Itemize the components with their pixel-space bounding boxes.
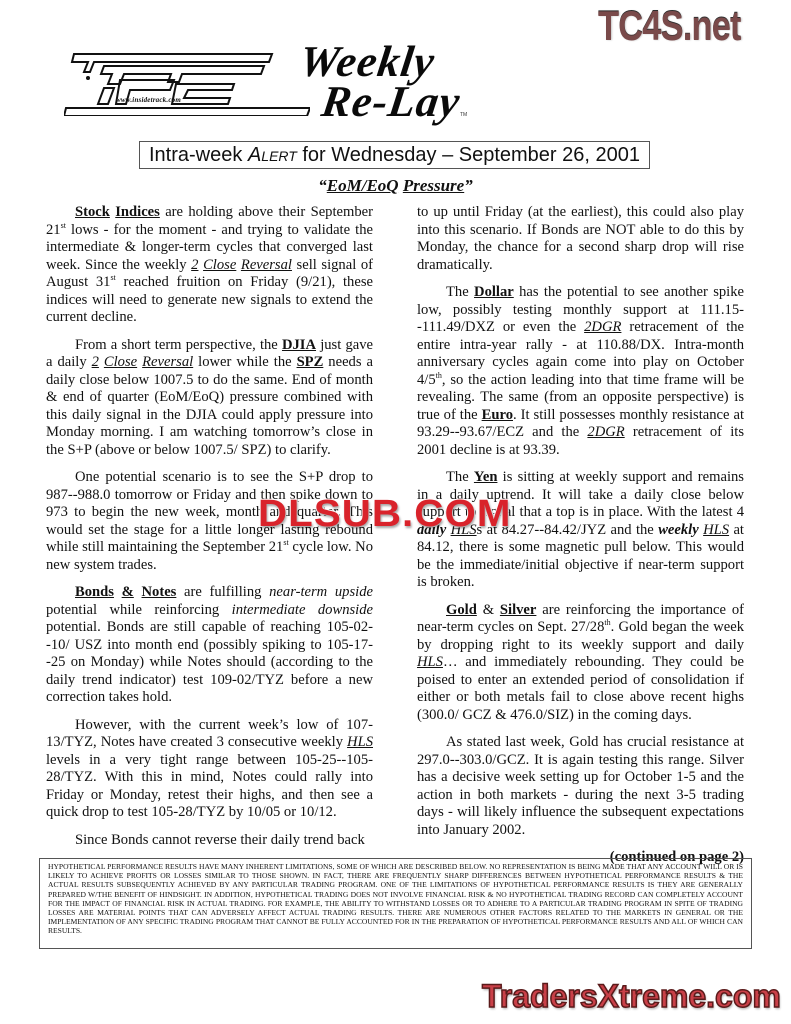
logo-url-text: www.insidetrack.com [116,96,181,104]
term-close: Close [203,257,236,273]
text: are fulfilling [176,584,269,600]
keyword-spz: SPZ [297,354,324,370]
watermark-tc4s: TC4S.net [598,2,741,48]
subtitle-part1: EoM/EoQ [327,176,399,195]
paragraph-gold-silver: Gold & Silver are reinforcing the import… [417,602,744,725]
page-title: Intra-week Alert for Wednesday – Septemb… [139,141,650,169]
paragraph-stock-indices: Stock Indices are holding above their Se… [46,204,373,327]
keyword-dollar: Dollar [474,284,514,300]
term-2: 2 [191,257,198,273]
term-reversal: Reversal [241,257,292,273]
paragraph-bonds-continued: to up until Friday (at the earliest), th… [417,204,744,274]
keyword-indices: Indices [115,204,160,220]
term-close: Close [104,354,137,370]
text: However, with the current week’s low of … [46,717,373,751]
brand-weekly: Weekly [297,42,437,82]
keyword-bonds: Bonds [75,584,114,600]
watermark-dlsub: DLSUB.COM [258,493,511,535]
text: From a short term perspective, the [75,337,282,353]
insidetrack-logo: www.insidetrack.com [64,46,310,116]
keyword-silver: Silver [500,602,536,618]
subtitle-close-quote: ” [464,176,473,195]
page-subtitle: “EoM/EoQ Pressure” [0,176,791,196]
disclaimer-box: HYPOTHETICAL PERFORMANCE RESULTS HAVE MA… [39,858,752,949]
text: potential. Bonds are still capable of re… [46,619,373,705]
keyword-notes: Notes [142,584,177,600]
paragraph-bonds-notes: Bonds & Notes are fulfilling near-term u… [46,584,373,707]
keyword-amp: & [122,584,134,600]
text: potential while reinforcing [46,602,232,618]
term-reversal: Reversal [142,354,193,370]
watermark-tradersxtreme: TradersXtreme.com [482,978,781,1014]
text: & [477,602,500,618]
text: lower while the [193,354,296,370]
keyword-djia: DJIA [282,337,316,353]
term-hls: HLS [703,522,729,538]
text: to up until Friday (at the earliest), th… [417,204,744,273]
term-hls: HLS [347,734,373,750]
paragraph-notes-hls: However, with the current week’s low of … [46,717,373,822]
subtitle-open-quote: “ [318,176,327,195]
title-alert: Alert [248,144,297,166]
text: The [446,469,474,485]
subtitle-part2: Pressure [403,176,464,195]
term-2dgr: 2DGR [587,424,624,440]
keyword-stock: Stock [75,204,110,220]
itc-logo-icon [64,46,310,116]
title-prefix: Intra-week [149,144,248,166]
term-2dgr: 2DGR [584,319,621,335]
text: levels in a very tight range between 105… [46,752,373,821]
keyword-gold: Gold [446,602,477,618]
keyword-euro: Euro [482,407,513,423]
emphasis: near-term upside [269,584,373,600]
paragraph-bonds-trend: Since Bonds cannot reverse their daily t… [46,832,373,850]
keyword-yen: Yen [474,469,498,485]
title-suffix: for Wednesday – September 26, 2001 [297,144,640,166]
term-2: 2 [92,354,99,370]
text: The [446,284,474,300]
trademark-mark: TM [460,112,467,118]
brand-relay: Re-Lay [319,82,463,122]
term-hls: HLS [417,654,443,670]
text: As stated last week, Gold has crucial re… [417,734,744,838]
text: Since Bonds cannot reverse their daily t… [75,832,365,848]
paragraph-dollar: The Dollar has the potential to see anot… [417,284,744,459]
text: … and immediately rebounding. They could… [417,654,744,723]
emphasis-weekly: weekly [658,522,699,538]
paragraph-djia: From a short term perspective, the DJIA … [46,337,373,460]
paragraph-gold-resistance: As stated last week, Gold has crucial re… [417,734,744,839]
emphasis: intermediate downside [232,602,373,618]
right-column: to up until Friday (at the earliest), th… [417,204,744,877]
